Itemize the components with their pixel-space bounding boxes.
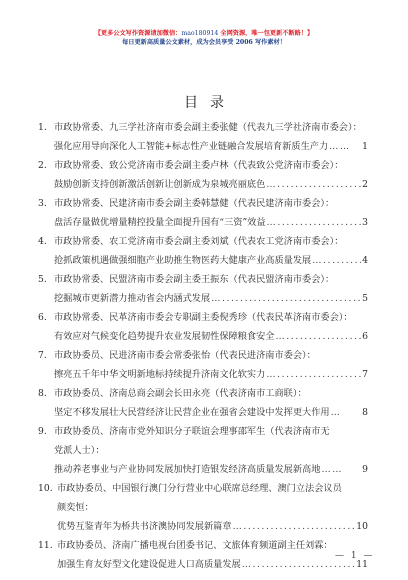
leader-dots: …… — [329, 137, 361, 156]
leader-dots: …........................... — [276, 327, 362, 346]
table-of-contents: 1.市政协常委、九三学社济南市委会副主委张健（代表九三学社济南市委会）： 强化应… — [38, 118, 368, 574]
promo-text-red: 【更多公文写作资源请加微信： — [95, 30, 182, 37]
toc-entry-title[interactable]: 盘活存量做优增量精控投量全面提升国有“三资”效益…...............… — [38, 213, 368, 232]
entry-page: 7 — [362, 365, 368, 384]
toc-entry-title[interactable]: 优势互鉴青年为桥共书济澳协同发展新篇章…....................… — [38, 517, 368, 536]
entry-page: 10 — [356, 517, 368, 536]
promo-banner: 【更多公文写作资源请加微信：mao180914 全网资源，唯一包更新不断路！】 … — [0, 29, 408, 47]
entry-page: 1 — [362, 137, 368, 156]
toc-entry-title[interactable]: 擦亮五千年中华文明新地标持续提升济南文化软实力…................… — [38, 365, 368, 384]
entry-number: 5. — [38, 270, 54, 289]
entry-page: 6 — [362, 327, 368, 346]
entry-author: 市政协委员、济南总商会副会长田永亮（代表济南市工商联）： — [54, 388, 307, 399]
toc-entry-author-continued: 党派人士）： — [38, 441, 368, 460]
toc-entry-title[interactable]: 挖掘城市更新潜力推动省会内涵式发展…......................… — [38, 289, 368, 308]
leader-dots: …… — [321, 460, 361, 479]
entry-title: 鼓励创新支持创新激活创新让创新成为泉城亮丽底色 — [54, 175, 265, 194]
entry-title: 擦亮五千年中华文明新地标持续提升济南文化软实力 — [54, 365, 265, 384]
toc-entry-author: 3.市政协常委、民建济南市委会副主委韩慧健（代表民建济南市委会）： — [38, 194, 368, 213]
entry-page: 2 — [362, 175, 368, 194]
leader-dots: …........................... — [266, 365, 361, 384]
entry-title: 坚定不移发展壮大民营经济让民营企业在强省会建设中发挥更大作用 — [54, 403, 330, 422]
entry-title: 有效应对气候变化趋势提升农业发展韧性保障粮食安全 — [54, 327, 275, 346]
entry-page: 4 — [362, 251, 368, 270]
entry-number: 1. — [38, 118, 54, 137]
entry-number: 2. — [38, 156, 54, 175]
entry-number: 7. — [38, 346, 54, 365]
toc-entry-title[interactable]: 鼓励创新支持创新激活创新让创新成为泉城亮丽底色…................… — [38, 175, 368, 194]
entry-title: 抢抓政策机遇做强细胞产业助推生物医药大健康产业高质量发展 — [54, 251, 311, 270]
entry-author: 市政协常委、致公党济南市委会副主委卢林（代表致公党济南市委会）： — [54, 160, 343, 171]
toc-entry-title[interactable]: 强化应用导向深化人工智能+标志性产业链融合发展培育新质生产力……1 — [38, 137, 368, 156]
toc-entry-author: 6.市政协常委、民革济南市委会专职副主委倪秀珍（代表民革济南市委会）： — [38, 308, 368, 327]
promo-text-red-2: 全网资源，唯一包更新不断路！】 — [218, 30, 313, 37]
entry-number: 9. — [38, 422, 54, 441]
leader-dots: …........................... — [267, 213, 362, 232]
entry-title: 盘活存量做优增量精控投量全面提升国有“三资”效益 — [54, 213, 266, 232]
page-number: — 1 — — [335, 551, 374, 561]
entry-author: 市政协常委、民建济南市委会副主委韩慧健（代表民建济南市委会）： — [54, 198, 334, 209]
entry-title: 加强生育友好型文化建设促进人口高质量发展 — [57, 555, 241, 574]
entry-author: 市政协常委、九三学社济南市委会副主委张健（代表九三学社济南市委会）： — [54, 122, 362, 133]
entry-author: 市政协委员、中国银行澳门分行营业中心联席总经理、澳门立法会议员 — [57, 483, 342, 494]
entry-page: 8 — [362, 403, 368, 422]
entry-page: 5 — [362, 289, 368, 308]
page-title: 目录 — [0, 92, 408, 112]
entry-author: 市政协委员、民进济南市委会常委张怡（代表民进济南市委会）： — [54, 350, 316, 361]
entry-author: 市政协委员、济南广播电视台团委书记、文旅体育频道副主任刘霖： — [57, 540, 333, 551]
entry-number: 3. — [38, 194, 54, 213]
toc-entry-title[interactable]: 坚定不移发展壮大民营经济让民营企业在强省会建设中发挥更大作用…8 — [38, 403, 368, 422]
leader-dots: ….......................................… — [233, 517, 356, 536]
entry-title: 挖掘城市更新潜力推动省会内涵式发展 — [54, 289, 210, 308]
toc-entry-author-continued: 颜奕恒： — [38, 498, 368, 517]
toc-entry-author: 5.市政协常委、民盟济南市委会副主委王振东（代表民盟济南市委会）： — [38, 270, 368, 289]
promo-wechat-id: mao180914 — [181, 30, 218, 37]
entry-author: 市政协常委、民革济南市委会专职副主委倪秀珍（代表民革济南市委会）： — [54, 312, 353, 323]
toc-entry-title[interactable]: 推动养老事业与产业协同发展加快打造银发经济高质量发展新高地……9 — [38, 460, 368, 479]
entry-author: 市政协委员、济南市党外知识分子联谊会理事邵军生（代表济南市无 — [54, 426, 330, 437]
entry-page: 9 — [362, 460, 368, 479]
toc-entry-author: 8.市政协委员、济南总商会副会长田永亮（代表济南市工商联）： — [38, 384, 368, 403]
entry-page: 3 — [362, 213, 368, 232]
entry-number: 6. — [38, 308, 54, 327]
leader-dots: …........... — [312, 251, 361, 270]
toc-entry-author: 7.市政协委员、民进济南市委会常委张怡（代表民进济南市委会）： — [38, 346, 368, 365]
entry-title: 推动养老事业与产业协同发展加快打造银发经济高质量发展新高地 — [54, 460, 320, 479]
entry-number: 10. — [38, 479, 57, 498]
toc-entry-author: 10.市政协委员、中国银行澳门分行营业中心联席总经理、澳门立法会议员 — [38, 479, 368, 498]
promo-line-1: 【更多公文写作资源请加微信：mao180914 全网资源，唯一包更新不断路！】 — [0, 29, 408, 38]
toc-entry-title[interactable]: 有效应对气候变化趋势提升农业发展韧性保障粮食安全…...............… — [38, 327, 368, 346]
entry-number: 11. — [38, 536, 57, 555]
entry-title: 优势互鉴青年为桥共书济澳协同发展新篇章 — [57, 517, 232, 536]
toc-entry-author: 2.市政协常委、致公党济南市委会副主委卢林（代表致公党济南市委会）： — [38, 156, 368, 175]
toc-entry-author: 11.市政协委员、济南广播电视台团委书记、文旅体育频道副主任刘霖： — [38, 536, 368, 555]
toc-entry-author: 1.市政协常委、九三学社济南市委会副主委张健（代表九三学社济南市委会）： — [38, 118, 368, 137]
promo-line-2: 每日更新高质量公文素材，成为会员享受 2006 写作素材！ — [0, 38, 408, 47]
leader-dots: … — [331, 403, 362, 422]
toc-entry-author: 9.市政协委员、济南市党外知识分子联谊会理事邵军生（代表济南市无 — [38, 422, 368, 441]
entry-number: 8. — [38, 384, 54, 403]
entry-number: 4. — [38, 232, 54, 251]
entry-title: 强化应用导向深化人工智能+标志性产业链融合发展培育新质生产力 — [54, 137, 328, 156]
leader-dots: …........................... — [266, 175, 361, 194]
toc-entry-title[interactable]: 加强生育友好型文化建设促进人口高质量发展…...................… — [38, 555, 368, 574]
toc-entry-title[interactable]: 抢抓政策机遇做强细胞产业助推生物医药大健康产业高质量发展…...........… — [38, 251, 368, 270]
leader-dots: ….......................................… — [211, 289, 361, 308]
entry-author: 市政协常委、农工党济南市委会副主委刘斌（代表农工党济南市委会）： — [54, 236, 343, 247]
toc-entry-author: 4.市政协常委、农工党济南市委会副主委刘斌（代表农工党济南市委会）： — [38, 232, 368, 251]
entry-author: 市政协常委、民盟济南市委会副主委王振东（代表民盟济南市委会）： — [54, 274, 334, 285]
